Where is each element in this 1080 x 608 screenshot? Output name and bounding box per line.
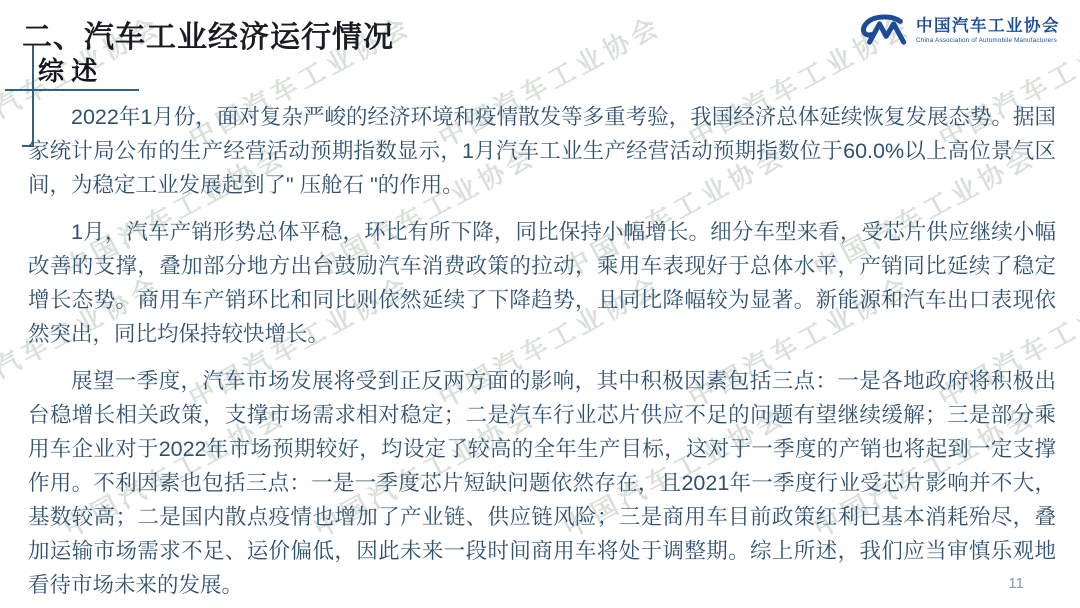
summary-paragraph-2: 1月，汽车产销形势总体平稳，环比有所下降，同比保持小幅增长。细分车型来看，受芯片… [28, 215, 1056, 351]
decorative-horizontal-line [5, 89, 139, 91]
logo-name-cn: 中国汽车工业协会 [916, 17, 1060, 36]
caam-logo-icon [857, 13, 907, 48]
logo-name-en: China Association of Automobile Manufact… [916, 37, 1060, 44]
summary-paragraph-3: 展望一季度，汽车市场发展将受到正反两方面的影响，其中积极因素包括三点：一是各地政… [28, 364, 1056, 602]
caam-logo: 中国汽车工业协会 China Association of Automobile… [857, 13, 1060, 48]
section-title: 综 述 [38, 57, 97, 87]
summary-paragraph-1: 2022年1月份，面对复杂严峻的经济环境和疫情散发等多重考验，我国经济总体延续恢… [28, 100, 1056, 202]
page-number: 11 [1008, 575, 1024, 592]
slide-canvas: 中国汽车工业协会 中国汽车工业协会 中国汽车工业协会 中国汽车工业协会 中国汽车… [0, 0, 1080, 608]
summary-body: 2022年1月份，面对复杂严峻的经济环境和疫情散发等多重考验，我国经济总体延续恢… [28, 100, 1056, 608]
page-title: 二、汽车工业经济运行情况 [22, 21, 394, 54]
caam-logo-text: 中国汽车工业协会 China Association of Automobile… [916, 17, 1060, 45]
